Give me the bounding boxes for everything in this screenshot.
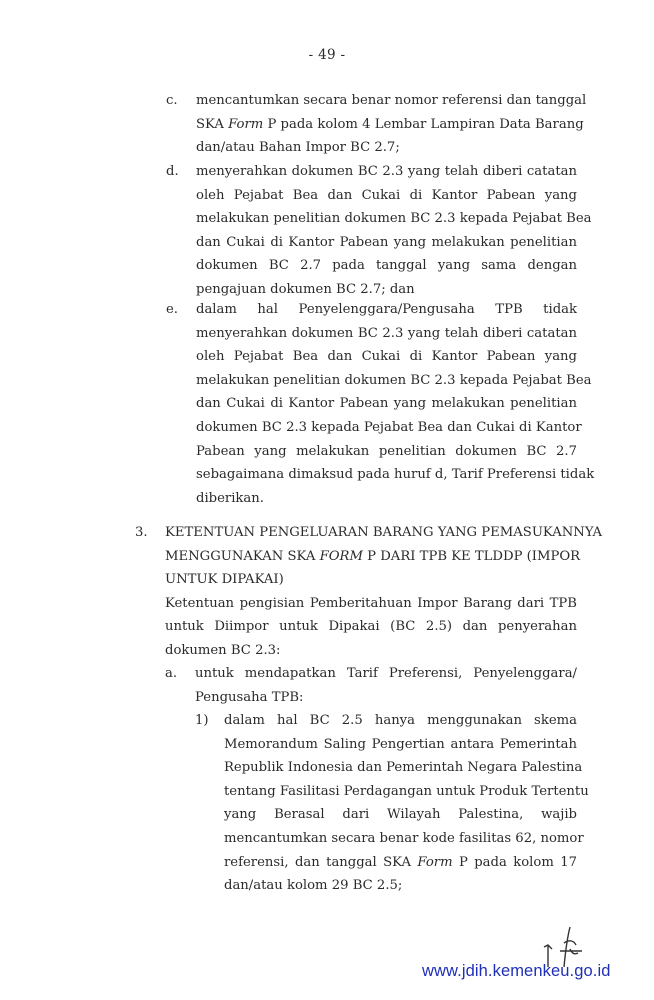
text-line: MENGGUNAKAN SKA FORM P DARI TPB KE TLDDP… [165, 545, 577, 569]
section-intro: Ketentuan pengisian Pemberitahuan Impor … [165, 592, 577, 663]
text-line: melakukan penelitian dokumen BC 2.3 kepa… [196, 369, 577, 393]
item-label: c. [166, 89, 178, 113]
text-line: dokumen BC 2.3 kepada Pejabat Bea dan Cu… [196, 416, 577, 440]
item-a: a. untuk mendapatkan Tarif Preferensi, P… [165, 662, 577, 709]
text-line: referensi, dan tanggal SKA Form P pada k… [224, 851, 577, 875]
item-text: untuk mendapatkan Tarif Preferensi, Peny… [195, 662, 577, 709]
text-line: sebagaimana dimaksud pada huruf d, Tarif… [196, 463, 577, 487]
text-line: dan Cukai di Kantor Pabean yang melakuka… [196, 231, 577, 255]
text-line: Pengusaha TPB: [195, 686, 577, 710]
text-line: oleh Pejabat Bea dan Cukai di Kantor Pab… [196, 345, 577, 369]
sub-item-text: dalam hal BC 2.5 hanya menggunakan skema… [224, 709, 577, 898]
text-line: mencantumkan secara benar kode fasilitas… [224, 827, 577, 851]
text-line: dalam hal BC 2.5 hanya menggunakan skema [224, 709, 577, 733]
text-line: dokumen BC 2.7 pada tanggal yang sama de… [196, 254, 577, 278]
page-number: - 49 - [0, 47, 654, 63]
section-3: 3. KETENTUAN PENGELUARAN BARANG YANG PEM… [135, 521, 577, 663]
item-e: e. dalam hal Penyelenggara/Pengusaha TPB… [166, 298, 577, 510]
text-line: dalam hal Penyelenggara/Pengusaha TPB ti… [196, 298, 577, 322]
text-line: diberikan. [196, 487, 577, 511]
text-line: menyerahkan dokumen BC 2.3 yang telah di… [196, 322, 577, 346]
item-label: e. [166, 298, 178, 322]
item-text: menyerahkan dokumen BC 2.3 yang telah di… [196, 160, 577, 302]
item-label: d. [166, 160, 179, 184]
text-line: menyerahkan dokumen BC 2.3 yang telah di… [196, 160, 577, 184]
section-heading: KETENTUAN PENGELUARAN BARANG YANG PEMASU… [165, 521, 577, 592]
text-line: Republik Indonesia dan Pemerintah Negara… [224, 756, 577, 780]
text-line: dan Cukai di Kantor Pabean yang melakuka… [196, 392, 577, 416]
item-d: d. menyerahkan dokumen BC 2.3 yang telah… [166, 160, 577, 302]
item-text: mencantumkan secara benar nomor referens… [196, 89, 577, 160]
text-line: oleh Pejabat Bea dan Cukai di Kantor Pab… [196, 184, 577, 208]
text-line: dan/atau kolom 29 BC 2.5; [224, 874, 577, 898]
text-line: untuk Diimpor untuk Dipakai (BC 2.5) dan… [165, 615, 577, 639]
text-line: untuk mendapatkan Tarif Preferensi, Peny… [195, 662, 577, 686]
item-c: c. mencantumkan secara benar nomor refer… [166, 89, 577, 160]
text-line: Pabean yang melakukan penelitian dokumen… [196, 440, 577, 464]
text-line: yang Berasal dari Wilayah Palestina, waj… [224, 803, 577, 827]
text-line: KETENTUAN PENGELUARAN BARANG YANG PEMASU… [165, 521, 577, 545]
footer-website-link[interactable]: www.jdih.kemenkeu.go.id [422, 962, 610, 981]
text-line: tentang Fasilitasi Perdagangan untuk Pro… [224, 780, 577, 804]
text-line: Memorandum Saling Pengertian antara Peme… [224, 733, 577, 757]
section-label: 3. [135, 521, 148, 545]
text-line: UNTUK DIPAKAI) [165, 568, 577, 592]
sub-item-1: 1) dalam hal BC 2.5 hanya menggunakan sk… [195, 709, 577, 898]
item-text: dalam hal Penyelenggara/Pengusaha TPB ti… [196, 298, 577, 510]
text-line: dokumen BC 2.3: [165, 639, 577, 663]
text-line: mencantumkan secara benar nomor referens… [196, 89, 577, 113]
text-line: dan/atau Bahan Impor BC 2.7; [196, 136, 577, 160]
text-line: Ketentuan pengisian Pemberitahuan Impor … [165, 592, 577, 616]
sub-item-label: 1) [195, 709, 209, 733]
text-line: SKA Form P pada kolom 4 Lembar Lampiran … [196, 113, 577, 137]
text-line: melakukan penelitian dokumen BC 2.3 kepa… [196, 207, 577, 231]
item-label: a. [165, 662, 177, 686]
